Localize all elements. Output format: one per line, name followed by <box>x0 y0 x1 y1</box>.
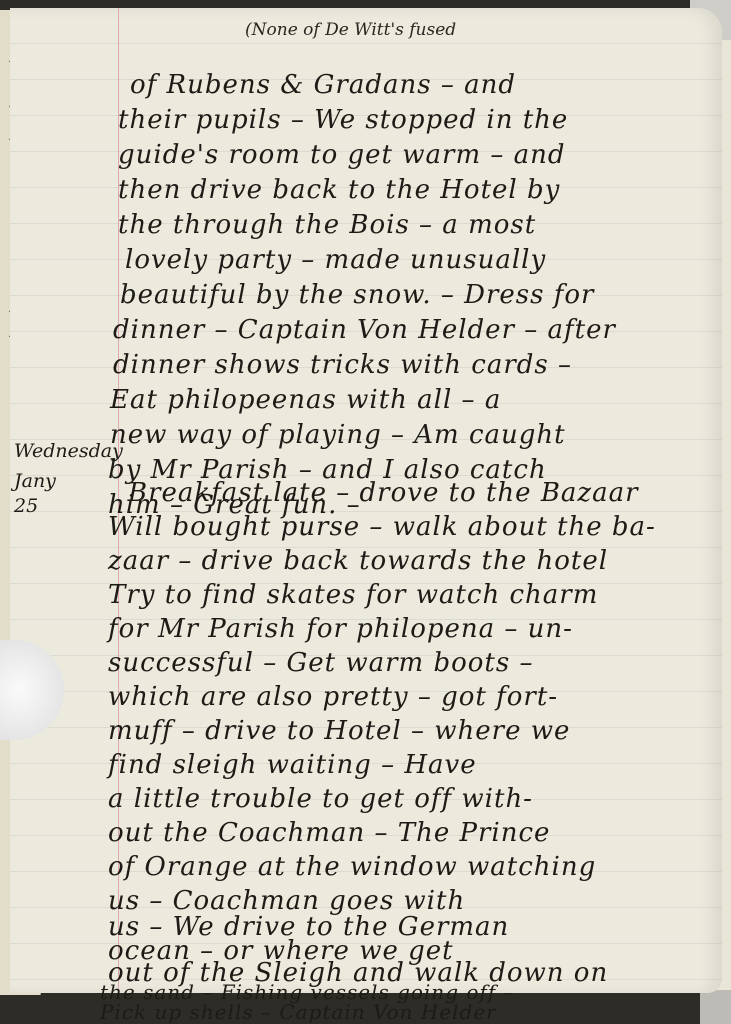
text-line: Breakfast late – drove to the Bazaar <box>128 478 639 508</box>
text-line: new way of playing – Am caught <box>110 420 566 450</box>
text-line: Will bought purse – walk about the ba- <box>108 512 656 542</box>
text-line: muff – drive to Hotel – where we <box>108 716 570 746</box>
background-surface-bottom <box>700 990 731 1024</box>
text-line: of Rubens & Gradans – and <box>130 70 516 100</box>
text-line: zaar – drive back towards the hotel <box>108 546 608 576</box>
entry-date-weekday: Wednesday <box>14 440 123 462</box>
text-line: Eat philopeenas with all – a <box>110 385 501 415</box>
text-line: out the Coachman – The Prince <box>108 818 550 848</box>
text-line: the through the Bois – a most <box>118 210 536 240</box>
text-line: then drive back to the Hotel by <box>118 175 560 205</box>
entry-date-month: Jany <box>14 470 56 492</box>
text-line: their pupils – We stopped in the <box>118 105 568 135</box>
text-line: which are also pretty – got fort- <box>108 682 558 712</box>
text-line: for Mr Parish for philopena – un- <box>108 614 573 644</box>
header-note: (None of De Witt's fused <box>245 20 456 40</box>
text-line: beautiful by the snow. – Dress for <box>120 280 594 310</box>
text-line: dinner shows tricks with cards – <box>113 350 572 380</box>
text-line: of Orange at the window watching <box>108 852 596 882</box>
text-line: lovely party – made unusually <box>125 245 546 275</box>
text-line: Pick up shells – Captain Von Helder <box>100 1000 497 1024</box>
text-line: a little trouble to get off with- <box>108 784 533 814</box>
text-line: find sleigh waiting – Have <box>108 750 477 780</box>
text-line: dinner – Captain Von Helder – after <box>113 315 616 345</box>
text-line: Try to find skates for watch charm <box>108 580 598 610</box>
text-line: successful – Get warm boots – <box>108 648 533 678</box>
text-line: guide's room to get warm – and <box>118 140 566 170</box>
entry-date-day: 25 <box>14 495 38 517</box>
